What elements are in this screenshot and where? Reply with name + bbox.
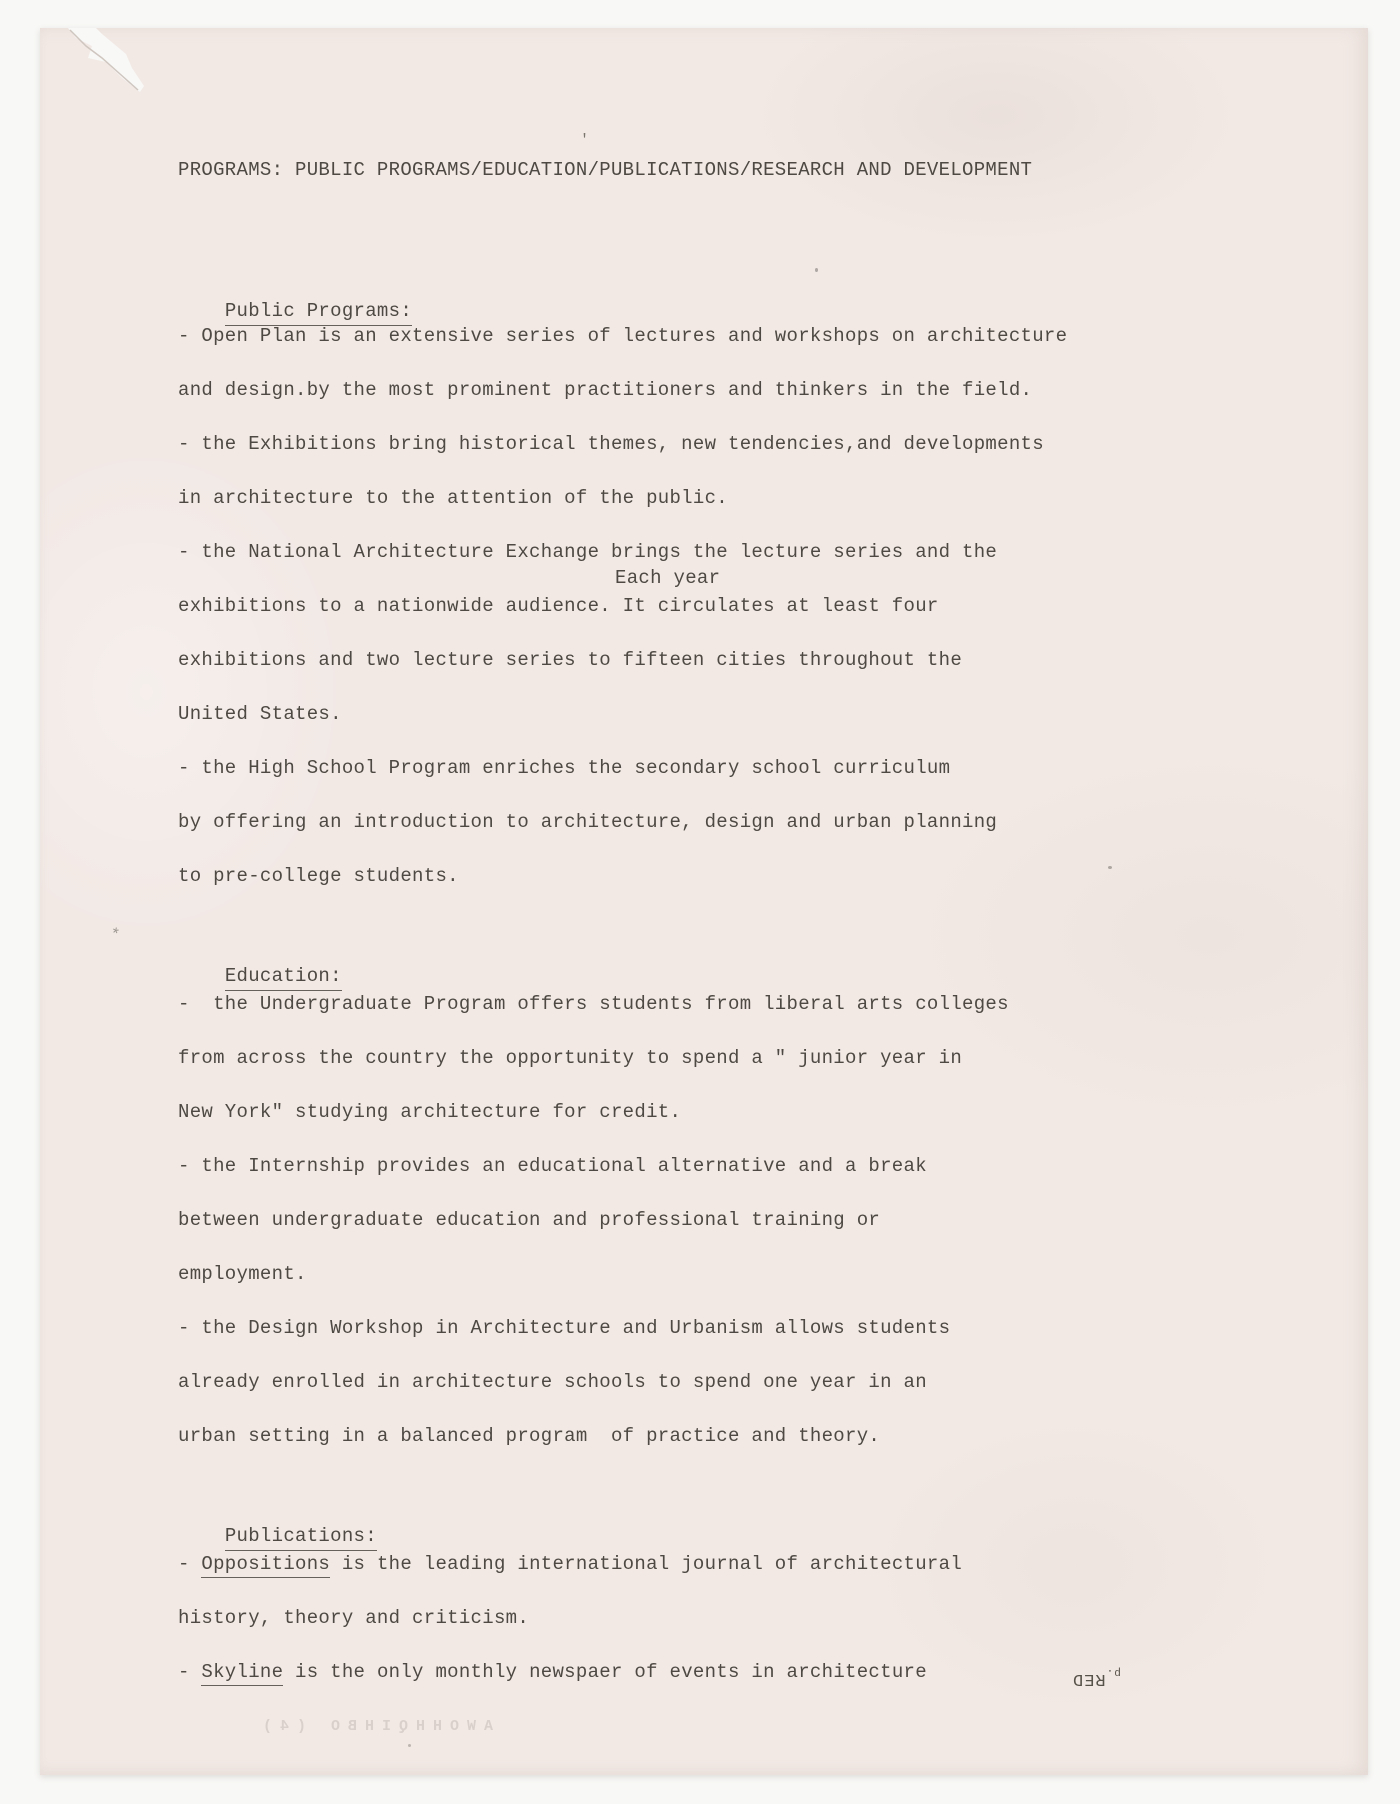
- doc-line: exhibitions to a nationwide audience. It…: [178, 579, 997, 633]
- doc-line: - the Exhibitions bring historical theme…: [178, 417, 1067, 471]
- doc-line: from across the country the opportunity …: [178, 1031, 1009, 1085]
- scan-background: { "page": { "outer_background": "#f8f8f6…: [0, 0, 1400, 1804]
- dash: -: [178, 1553, 201, 1575]
- education-paragraph: - the Undergraduate Program offers stude…: [178, 977, 1009, 1463]
- doc-line: history, theory and criticism.: [178, 1591, 962, 1645]
- stamp-small-text: p.: [1106, 1666, 1121, 1678]
- doc-line: - Skyline is the only monthly newspaer o…: [178, 1645, 962, 1699]
- paper-speck: [815, 268, 818, 272]
- stamp-main-text: RED: [1072, 1669, 1106, 1688]
- doc-line: - the Design Workshop in Architecture an…: [178, 1301, 1009, 1355]
- doc-line: - the Undergraduate Program offers stude…: [178, 977, 1009, 1031]
- journal-name-oppositions: Oppositions: [201, 1553, 330, 1578]
- doc-line: - the High School Program enriches the s…: [178, 741, 997, 795]
- doc-line: - Oppositions is the leading internation…: [178, 1537, 962, 1591]
- doc-line: employment.: [178, 1247, 1009, 1301]
- public-programs-paragraph-2: exhibitions to a nationwide audience. It…: [178, 579, 997, 903]
- upside-down-red-stamp: p.RED: [1072, 1666, 1121, 1688]
- typewritten-page: ' PROGRAMS: PUBLIC PROGRAMS/EDUCATION/PU…: [40, 28, 1368, 1775]
- stray-typed-mark: ': [580, 132, 589, 149]
- doc-line: and design.by the most prominent practit…: [178, 363, 1067, 417]
- torn-corner: [40, 28, 220, 148]
- newspaper-name-skyline: Skyline: [201, 1661, 283, 1686]
- doc-line: in architecture to the attention of the …: [178, 471, 1067, 525]
- paper-speck: [1108, 866, 1112, 869]
- doc-line: exhibitions and two lecture series to fi…: [178, 633, 997, 687]
- publications-paragraph: - Oppositions is the leading internation…: [178, 1537, 962, 1699]
- doc-line: United States.: [178, 687, 997, 741]
- page-title: PROGRAMS: PUBLIC PROGRAMS/EDUCATION/PUBL…: [178, 157, 1032, 183]
- paper-speck: [408, 1744, 411, 1747]
- margin-mark: *: [108, 925, 121, 945]
- doc-line: by offering an introduction to architect…: [178, 795, 997, 849]
- doc-line: between undergraduate education and prof…: [178, 1193, 1009, 1247]
- bleed-through-mirrored-text: AWOHHQIHBO (4): [255, 1718, 493, 1735]
- line-rest: is the only monthly newspaer of events i…: [283, 1661, 927, 1683]
- dash: -: [178, 1661, 201, 1683]
- line-rest: is the leading international journal of …: [330, 1553, 962, 1575]
- public-programs-paragraph-1: - Open Plan is an extensive series of le…: [178, 309, 1067, 579]
- doc-line: New York" studying architecture for cred…: [178, 1085, 1009, 1139]
- doc-line: - the Internship provides an educational…: [178, 1139, 1009, 1193]
- doc-line: already enrolled in architecture schools…: [178, 1355, 1009, 1409]
- doc-line: to pre-college students.: [178, 849, 997, 903]
- doc-line: - Open Plan is an extensive series of le…: [178, 309, 1067, 363]
- doc-line: urban setting in a balanced program of p…: [178, 1409, 1009, 1463]
